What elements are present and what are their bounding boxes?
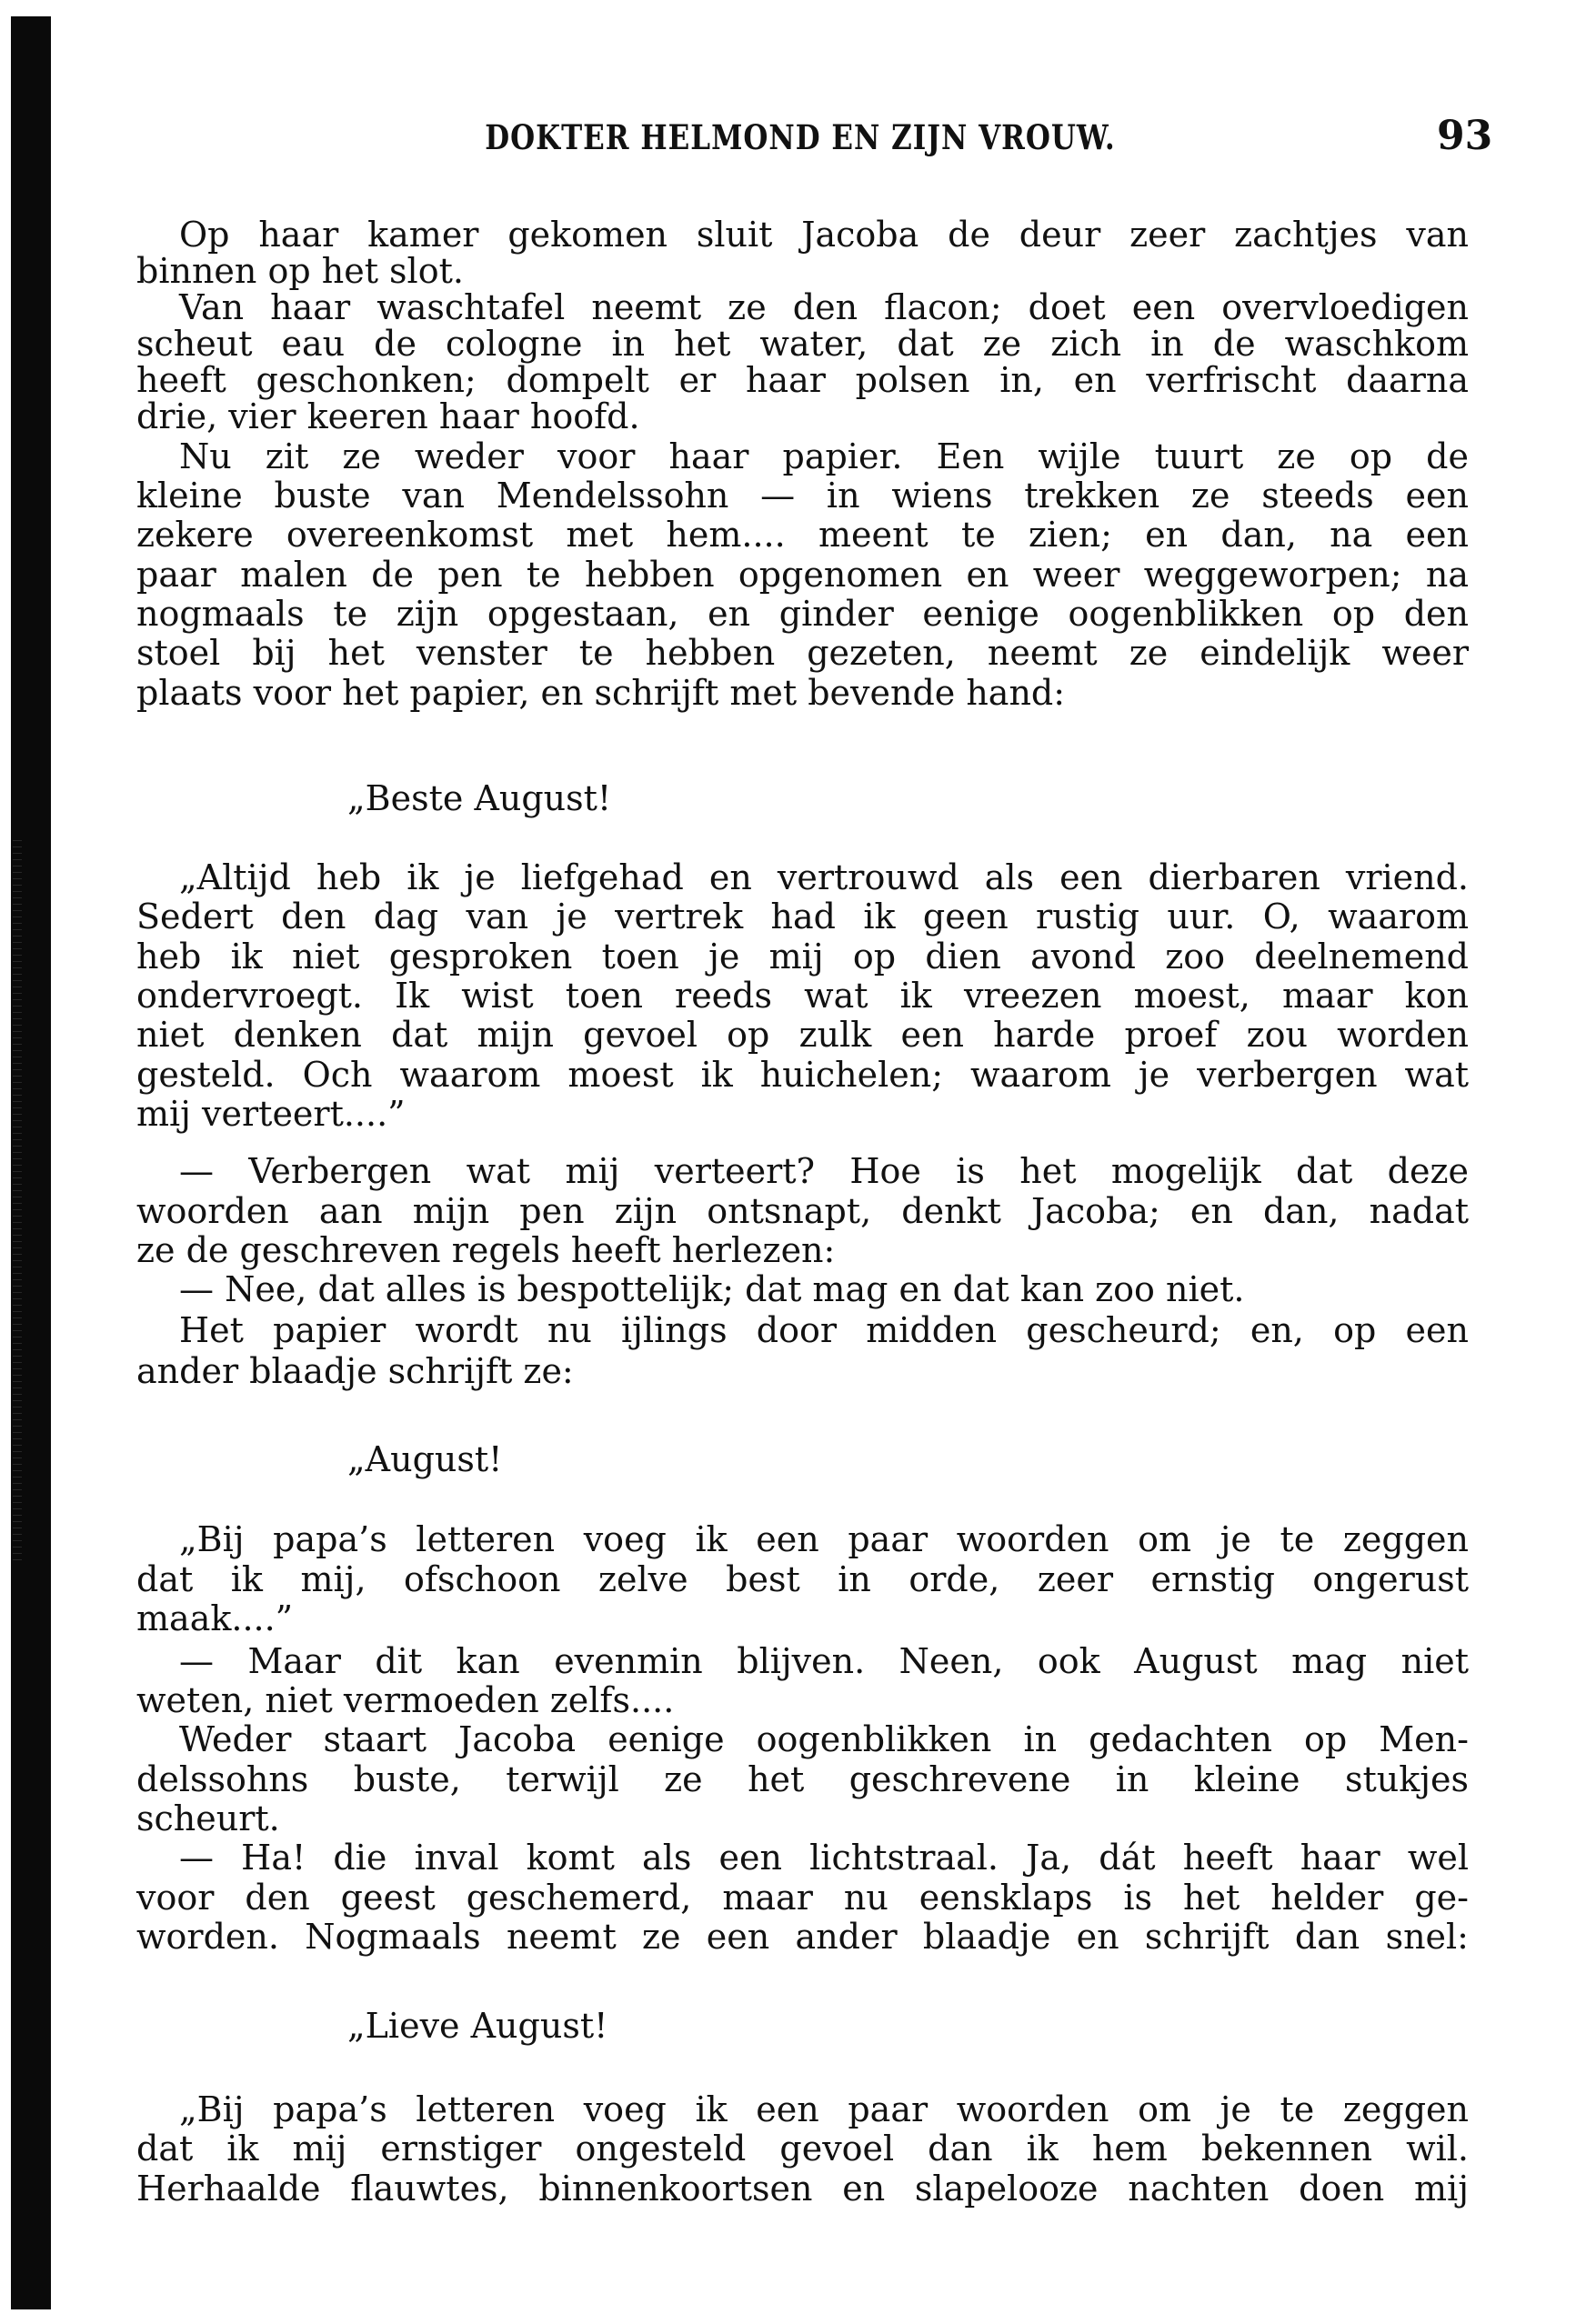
- text-line: plaats voor het papier, en schrijft met …: [136, 673, 1469, 713]
- text-line: scheut eau de cologne in het water, dat …: [136, 324, 1469, 364]
- salutation-beste-august: „Beste August!: [347, 776, 611, 821]
- text-line: paar malen de pen te hebben opgenomen en…: [136, 555, 1469, 595]
- text-line: stoel bij het venster te hebben gezeten,…: [136, 633, 1469, 673]
- text-line: binnen op het slot.: [136, 251, 1469, 291]
- text-line: worden. Nogmaals neemt ze een ander blaa…: [136, 1917, 1469, 1957]
- text-line: drie, vier keeren haar hoofd.: [136, 396, 1469, 436]
- text-line: nogmaals te zijn opgestaan, en ginder ee…: [136, 594, 1469, 634]
- text-line: maak....”: [136, 1598, 1469, 1638]
- text-line: woorden aan mijn pen zijn ontsnapt, denk…: [136, 1191, 1469, 1231]
- text-line: Het papier wordt nu ijlings door midden …: [179, 1310, 1469, 1350]
- salutation-august: „August!: [347, 1437, 502, 1482]
- text-line: voor den geest geschemerd, maar nu eensk…: [136, 1878, 1469, 1918]
- text-line: gesteld. Och waarom moest ik huichelen; …: [136, 1055, 1469, 1095]
- text-line: Op haar kamer gekomen sluit Jacoba de de…: [179, 215, 1469, 255]
- text-line: — Verbergen wat mij verteert? Hoe is het…: [179, 1151, 1469, 1191]
- text-line: delssohns buste, terwijl ze het geschrev…: [136, 1759, 1469, 1799]
- text-line: „Altijd heb ik je liefgehad en vertrouwd…: [179, 857, 1469, 897]
- text-line: niet denken dat mijn gevoel op zulk een …: [136, 1015, 1469, 1055]
- text-line: mij verteert....”: [136, 1094, 1469, 1134]
- text-line: „Bij papa’s letteren voeg ik een paar wo…: [179, 2089, 1469, 2129]
- text-line: ander blaadje schrijft ze:: [136, 1351, 1469, 1391]
- text-line: Nu zit ze weder voor haar papier. Een wi…: [179, 436, 1469, 476]
- text-line: dat ik mij ernstiger ongesteld gevoel da…: [136, 2129, 1469, 2169]
- text-line: — Maar dit kan evenmin blijven. Neen, oo…: [179, 1641, 1469, 1681]
- text-line: Van haar waschtafel neemt ze den flacon;…: [179, 287, 1469, 327]
- text-line: scheurt.: [136, 1798, 1469, 1838]
- text-line: ondervroegt. Ik wist toen reeds wat ik v…: [136, 976, 1469, 1016]
- text-line: Sedert den dag van je vertrek had ik gee…: [136, 897, 1469, 937]
- text-line: Herhaalde flauwtes, binnenkoortsen en sl…: [136, 2169, 1469, 2209]
- salutation-lieve-august: „Lieve August!: [347, 2003, 607, 2049]
- text-line: heb ik niet gesproken toen je mij op die…: [136, 937, 1469, 977]
- text-line: „Bij papa’s letteren voeg ik een paar wo…: [179, 1519, 1469, 1559]
- text-line: Weder staart Jacoba eenige oogenblikken …: [179, 1719, 1469, 1759]
- book-page: DOKTER HELMOND EN ZIJN VROUW. 93 Op haar…: [0, 0, 1576, 2324]
- text-line: — Ha! die inval komt als een lichtstraal…: [179, 1838, 1469, 1878]
- text-line: dat ik mij, ofschoon zelve best in orde,…: [136, 1559, 1469, 1599]
- text-line: zekere overeenkomst met hem.... meent te…: [136, 515, 1469, 555]
- text-line: heeft geschonken; dompelt er haar polsen…: [136, 360, 1469, 400]
- text-line: kleine buste van Mendelssohn — in wiens …: [136, 476, 1469, 516]
- running-head: DOKTER HELMOND EN ZIJN VROUW.: [473, 112, 1128, 165]
- text-line: — Nee, dat alles is bespottelijk; dat ma…: [179, 1269, 1469, 1309]
- text-line: ze de geschreven regels heeft herlezen:: [136, 1230, 1469, 1270]
- page-number: 93: [1437, 111, 1491, 162]
- text-line: weten, niet vermoeden zelfs....: [136, 1680, 1469, 1720]
